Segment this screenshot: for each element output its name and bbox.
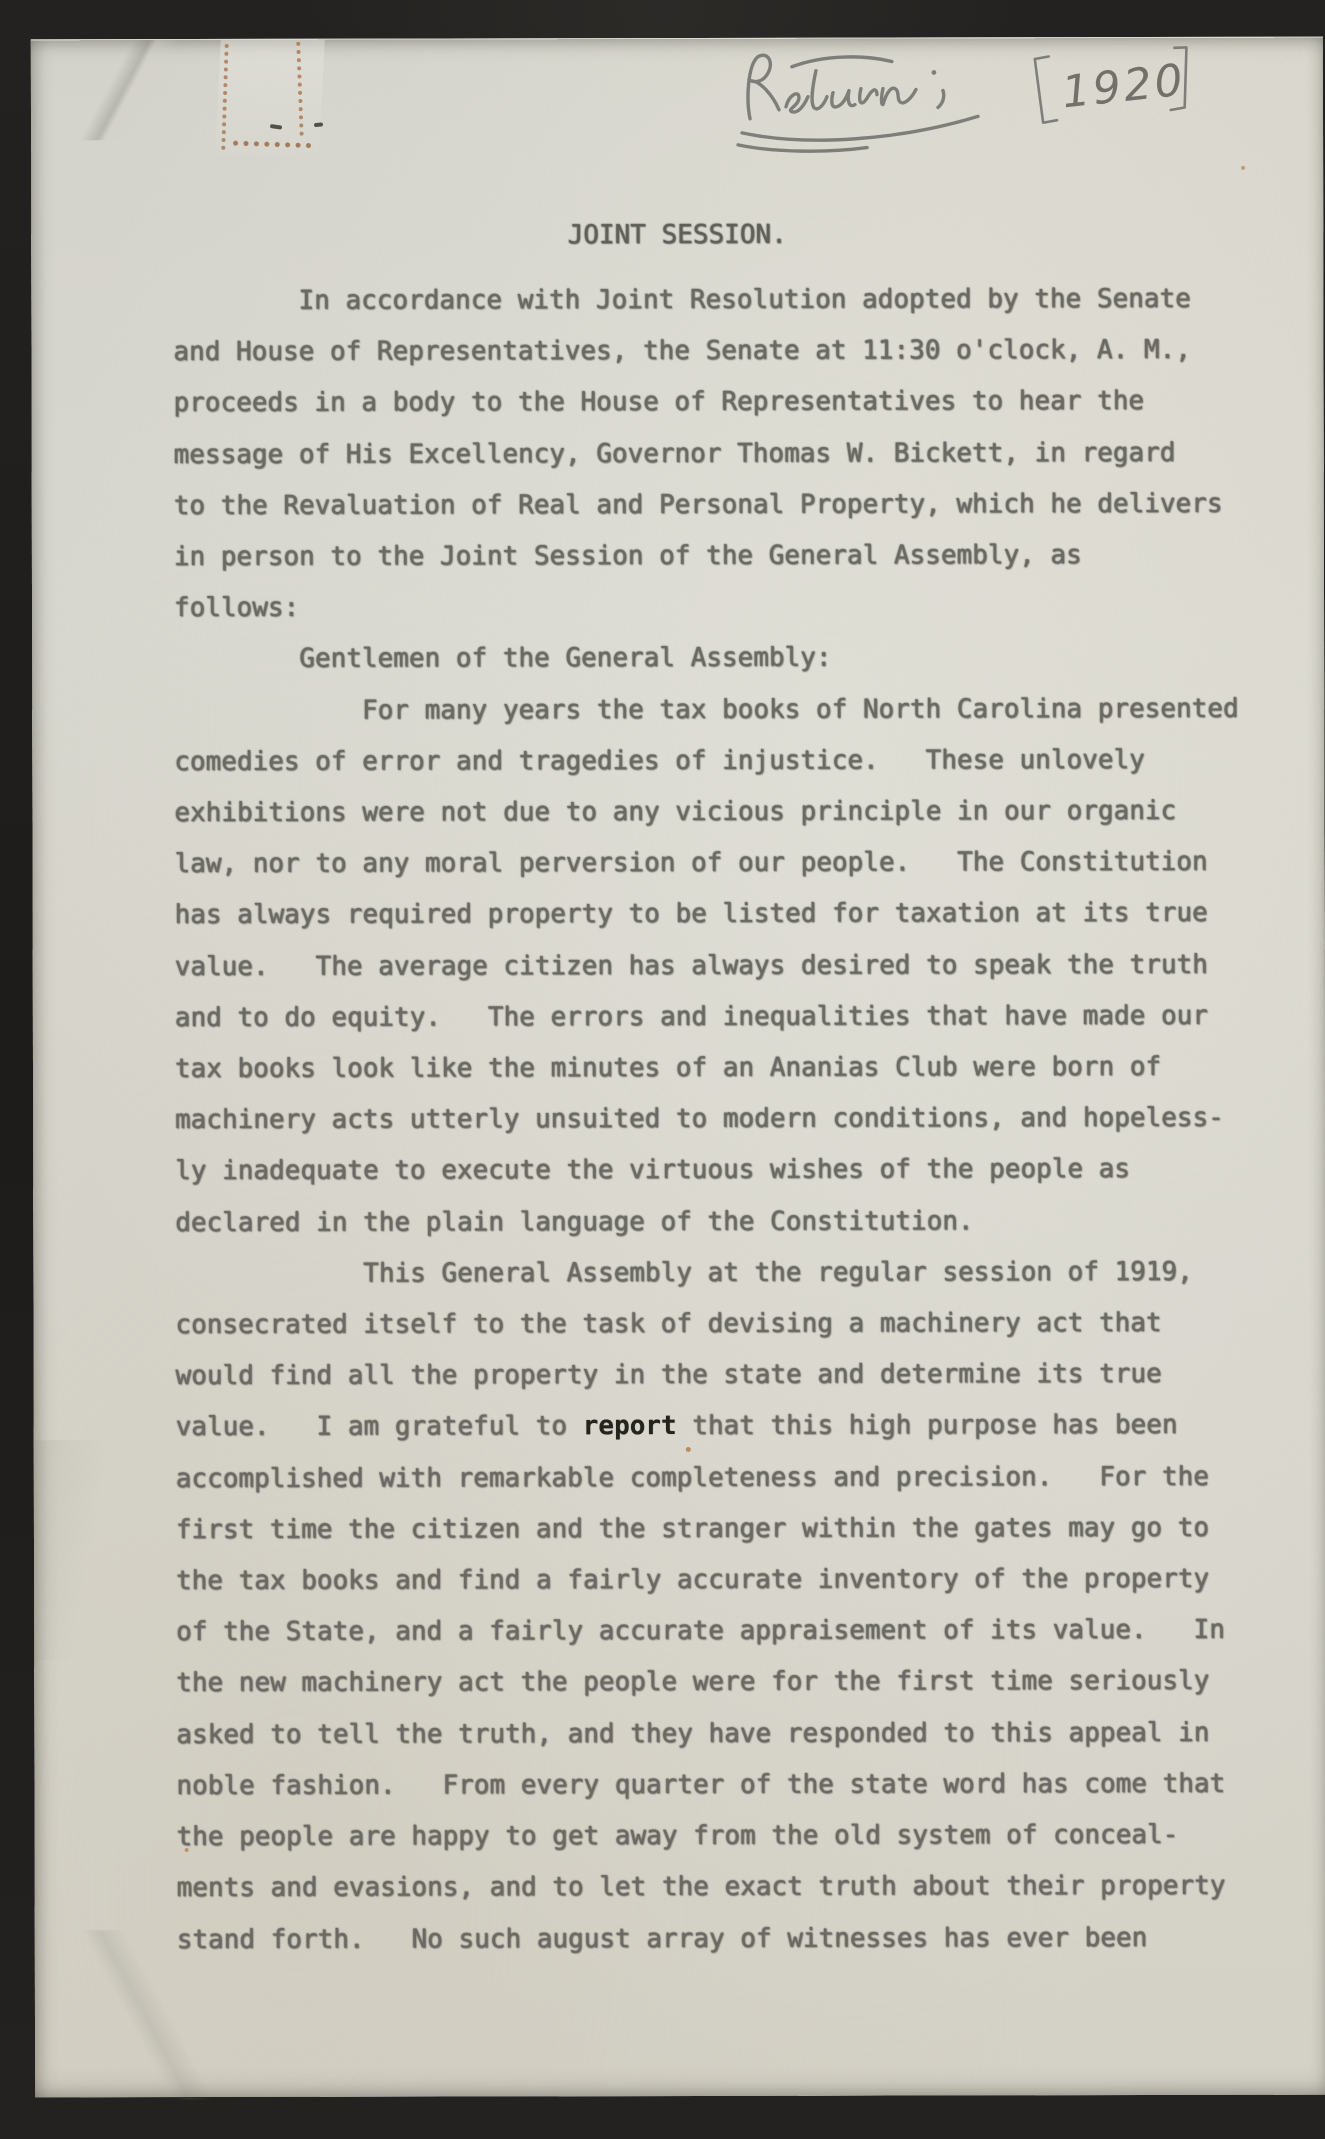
year-annotation: 1920: [1022, 41, 1205, 138]
typed-line: For many years the tax books of North Ca…: [174, 683, 1284, 737]
scan-background: Return 1920 JOINT: [0, 0, 1325, 2139]
fold-crease-top-left: [31, 40, 221, 140]
typed-line: the tax books and find a fairly accurate…: [176, 1554, 1286, 1608]
typed-line: in person to the Joint Session of the Ge…: [174, 530, 1284, 584]
typed-line: consecrated itself to the task of devisi…: [175, 1298, 1285, 1352]
typed-line: In accordance with Joint Resolution adop…: [173, 274, 1283, 328]
typed-line: machinery acts utterly unsuited to moder…: [175, 1093, 1285, 1147]
tape-ghost-outline: [215, 40, 325, 154]
rust-speck: [1241, 166, 1245, 170]
typed-line: the new machinery act the people were fo…: [176, 1656, 1286, 1710]
page-title: JOINT SESSION.: [31, 216, 1323, 255]
typed-line: asked to tell the truth, and they have r…: [176, 1707, 1286, 1761]
typed-line: of the State, and a fairly accurate appr…: [176, 1605, 1286, 1659]
typed-line: ly inadequate to execute the virtuous wi…: [175, 1144, 1285, 1198]
typed-line: proceeds in a body to the House of Repre…: [174, 376, 1284, 430]
typed-line: tax books look like the minutes of an An…: [175, 1042, 1285, 1096]
typed-line: Gentlemen of the General Assembly:: [174, 632, 1284, 686]
paragraph-salutation: Gentlemen of the General Assembly:: [174, 632, 1284, 686]
fold-crease-mid-left: [34, 1440, 124, 1660]
typed-line: exhibitions were not due to any vicious …: [174, 786, 1284, 840]
staple-mark-right: [314, 122, 323, 127]
typed-line: first time the citizen and the stranger …: [176, 1503, 1286, 1557]
typed-line: declared in the plain language of the Co…: [175, 1195, 1285, 1249]
typed-line: the people are happy to get away from th…: [177, 1810, 1287, 1864]
typed-line: comedies of error and tragedies of injus…: [174, 735, 1284, 789]
typed-line: law, nor to any moral perversion of our …: [175, 837, 1285, 891]
typed-line: value. I am grateful to report that this…: [176, 1400, 1286, 1454]
handwritten-return-annotation: Return: [734, 46, 1024, 177]
document-page: Return 1920 JOINT: [31, 37, 1325, 2098]
tape-residue-mark: [214, 40, 346, 162]
typed-line: noble fashion. From every quarter of the…: [176, 1759, 1286, 1813]
year-text: 1920: [1059, 55, 1188, 119]
typed-line: to the Revaluation of Real and Personal …: [174, 479, 1284, 533]
typed-line: has always required property to be liste…: [175, 888, 1285, 942]
typed-line: stand forth. No such august array of wit…: [177, 1912, 1287, 1966]
paragraph-body-2: This General Assembly at the regular ses…: [175, 1247, 1286, 1966]
typed-line: accomplished with remarkable completenes…: [176, 1451, 1286, 1505]
paragraph-body-1: For many years the tax books of North Ca…: [174, 683, 1285, 1249]
rust-speck: [185, 1848, 189, 1852]
typed-line: This General Assembly at the regular ses…: [175, 1247, 1285, 1301]
paragraph-opening: In accordance with Joint Resolution adop…: [173, 274, 1284, 635]
rust-speck: [686, 1447, 691, 1452]
typed-line: ments and evasions, and to let the exact…: [177, 1861, 1287, 1915]
inserted-word: report: [583, 1411, 677, 1441]
typed-line: message of His Excellency, Governor Thom…: [174, 427, 1284, 481]
typed-body: In accordance with Joint Resolution adop…: [173, 274, 1287, 1966]
typed-line: value. The average citizen has always de…: [175, 939, 1285, 993]
typed-line: follows:: [174, 581, 1284, 635]
typed-line: and to do equity. The errors and inequal…: [175, 991, 1285, 1045]
typed-line: and House of Representatives, the Senate…: [173, 325, 1283, 379]
typed-line: would find all the property in the state…: [176, 1349, 1286, 1403]
